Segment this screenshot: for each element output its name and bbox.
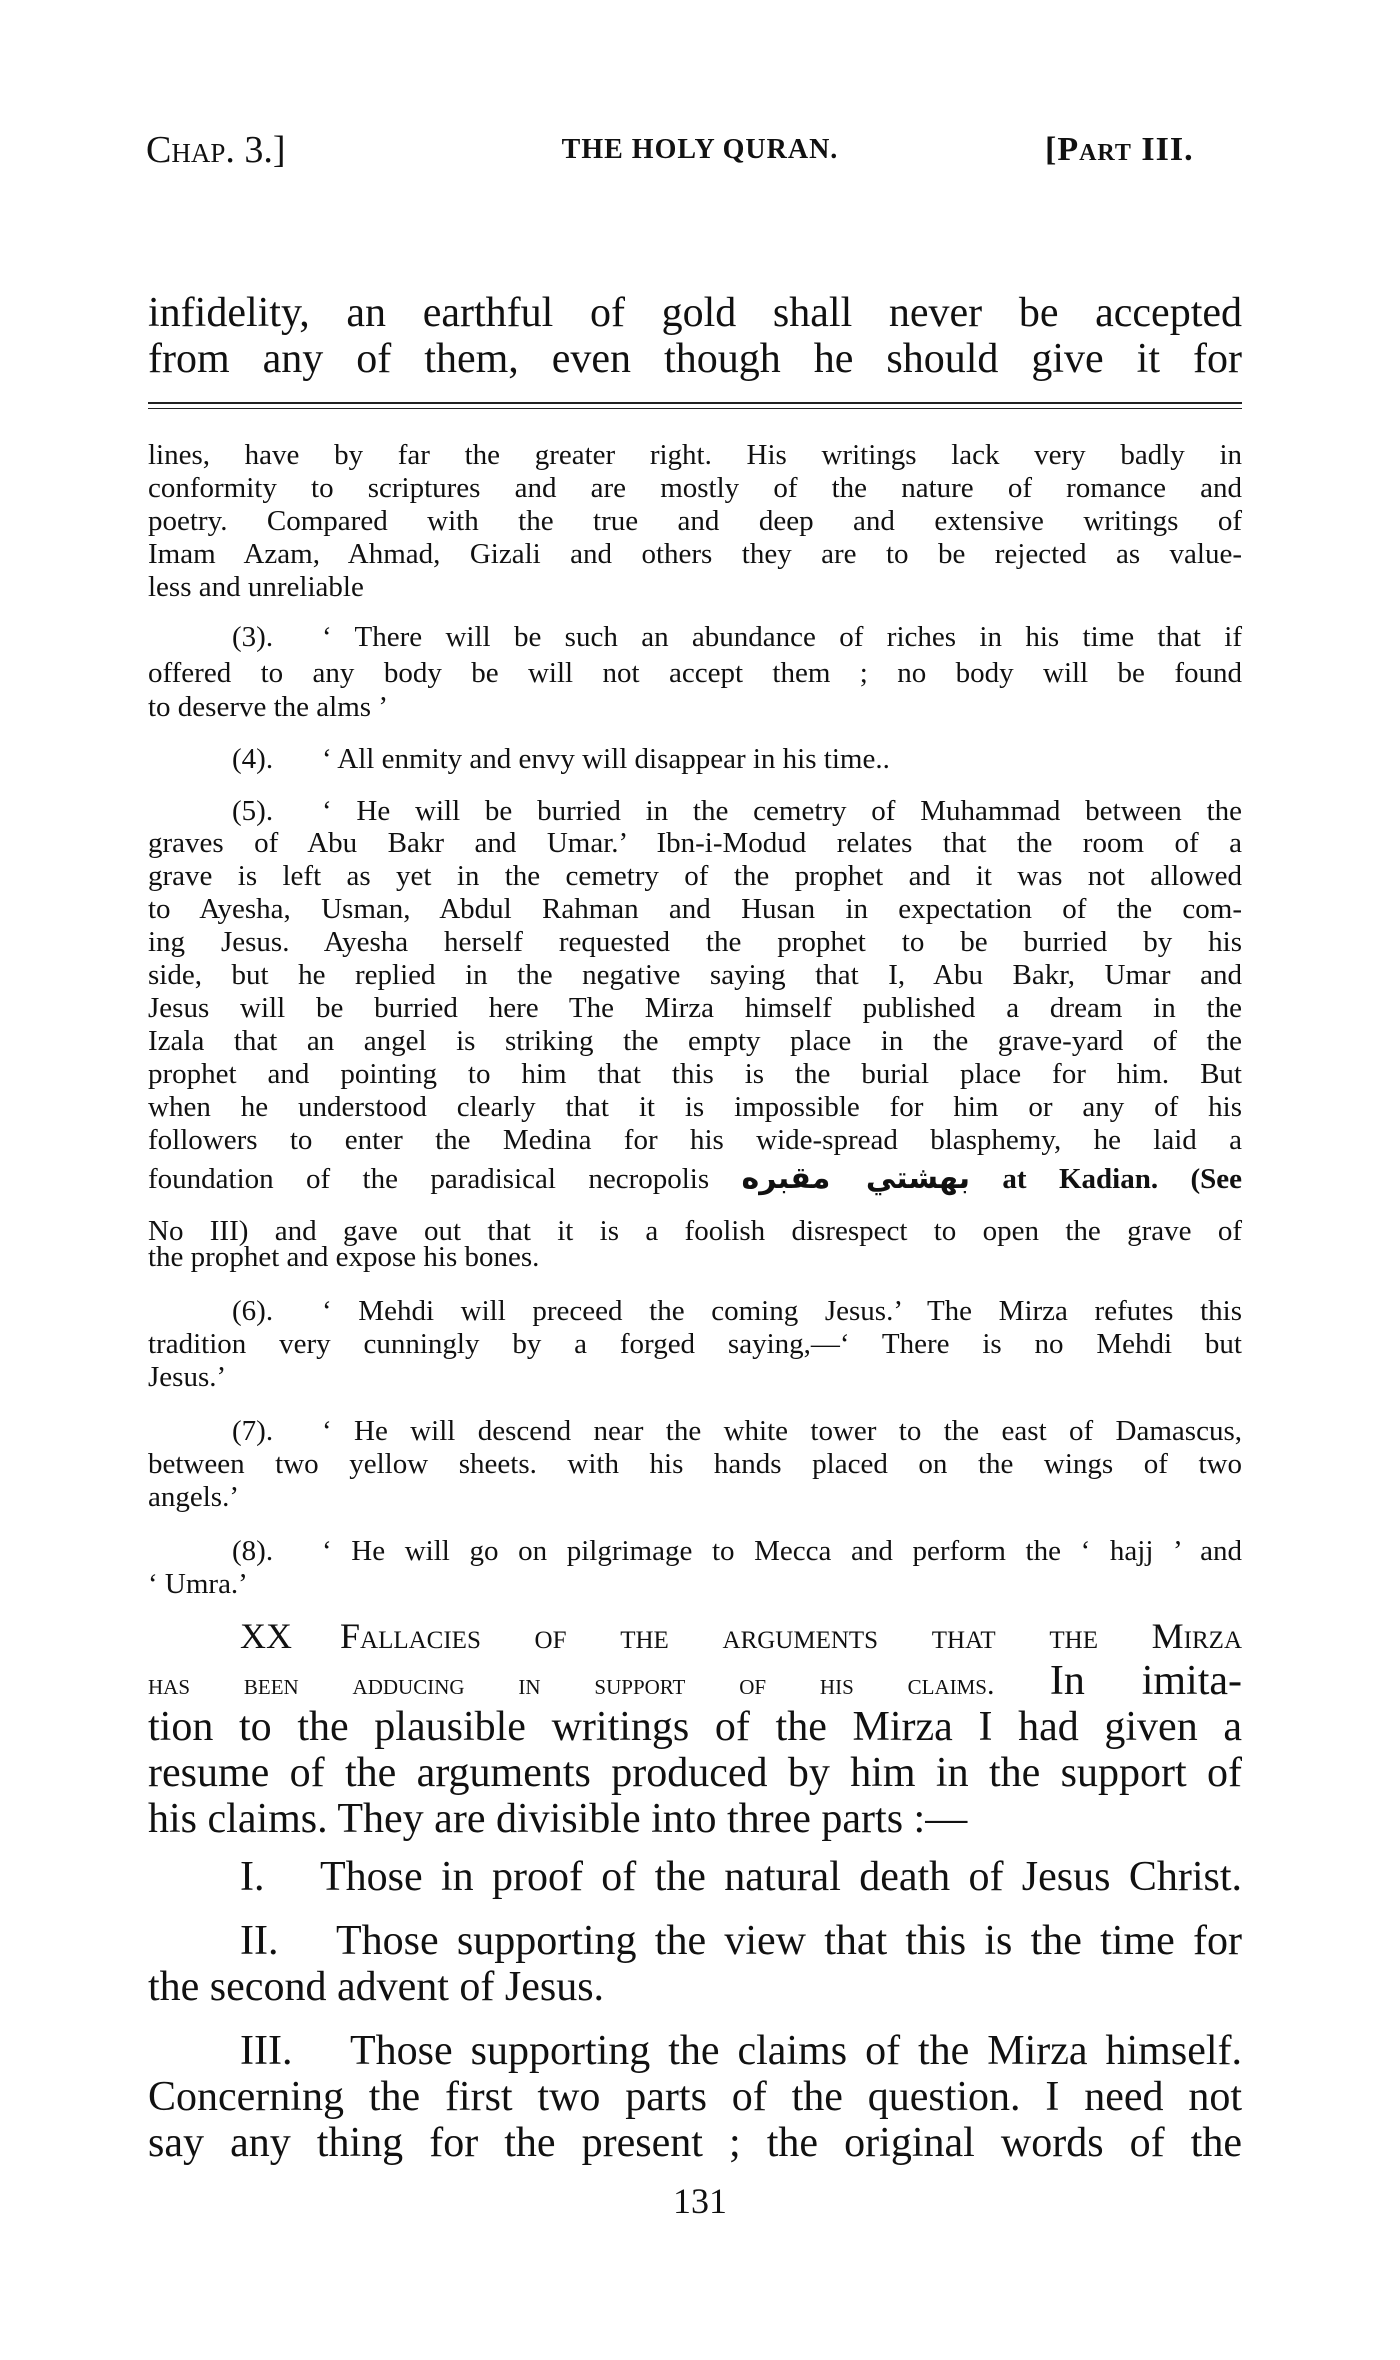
item-number: (3).: [232, 620, 322, 654]
part-ii: II.Those supporting the view that this i…: [240, 1918, 1242, 1964]
footnote-rule-secondary: [148, 408, 1242, 409]
section-body-line: resume of the arguments produced by him …: [148, 1750, 1242, 1796]
item-number: (5).: [232, 794, 322, 828]
arabic-term: بهشتي مقبره: [742, 1161, 971, 1196]
footnote-line: conformity to scriptures and are mostly …: [148, 471, 1242, 505]
footnote-line: tradition very cunningly by a forged say…: [148, 1327, 1242, 1361]
footnote-line: grave is left as yet in the cemetry of t…: [148, 859, 1242, 893]
footnote-line: ‘ Umra.’: [148, 1567, 1242, 1601]
main-text-line: from any of them, even though he should …: [148, 336, 1242, 382]
item-number: (7).: [232, 1414, 322, 1448]
book-page: Chap. 3.] THE HOLY QURAN. [Part III. inf…: [0, 0, 1400, 2360]
part-line: say any thing for the present ; the orig…: [148, 2120, 1242, 2166]
section-heading: XXFallacies of the arguments that the Mi…: [240, 1614, 1242, 1658]
part-numeral: I.: [240, 1854, 320, 1900]
footnote-line: followers to enter the Medina for his wi…: [148, 1123, 1242, 1157]
item-number: (8).: [232, 1534, 322, 1568]
footnote-item-4: (4).‘ All enmity and envy will disappear…: [232, 742, 1242, 776]
part-iii: III.Those supporting the claims of the M…: [240, 2028, 1242, 2074]
running-title: THE HOLY QURAN.: [500, 128, 900, 172]
footnote-line: when he understood clearly that it is im…: [148, 1090, 1242, 1124]
part-line: Concerning the first two parts of the qu…: [148, 2074, 1242, 2120]
footnote-line: Jesus.’: [148, 1360, 1242, 1394]
footnote-line: prophet and pointing to him that this is…: [148, 1057, 1242, 1091]
section-body-line: tion to the plausible writings of the Mi…: [148, 1704, 1242, 1750]
page-number: 131: [640, 2180, 760, 2222]
footnote-line: offered to any body be will not accept t…: [148, 656, 1242, 690]
section-heading-line2: has been adducing in support of his clai…: [148, 1658, 1242, 1702]
footnote-line: Imam Azam, Ahmad, Gizali and others they…: [148, 537, 1242, 571]
footnote-line: graves of Abu Bakr and Umar.’ Ibn-i-Modu…: [148, 826, 1242, 860]
footnote-item-5: (5).‘ He will be burried in the cemetry …: [232, 794, 1242, 828]
section-number: XX: [240, 1614, 340, 1658]
footnote-line: to Ayesha, Usman, Abdul Rahman and Husan…: [148, 892, 1242, 926]
part-numeral: II.: [240, 1918, 336, 1964]
footnote-rule: [148, 402, 1242, 404]
footnote-line: poetry. Compared with the true and deep …: [148, 504, 1242, 538]
item-number: (4).: [232, 742, 322, 776]
footnote-line-arabic: foundation of the paradisical necropolis…: [148, 1162, 1242, 1196]
footnote-line: Izala that an angel is striking the empt…: [148, 1024, 1242, 1058]
part-numeral: III.: [240, 2028, 350, 2074]
footnote-item-7: (7).‘ He will descend near the white tow…: [232, 1414, 1242, 1448]
item-number: (6).: [232, 1294, 322, 1328]
chapter-label: Chap. 3.]: [146, 128, 286, 172]
footnote-line: angels.’: [148, 1480, 1242, 1514]
footnote-line: Jesus will be burried here The Mirza him…: [148, 991, 1242, 1025]
footnote-line: between two yellow sheets. with his hand…: [148, 1447, 1242, 1481]
footnote-line: side, but he replied in the negative say…: [148, 958, 1242, 992]
main-text-line: infidelity, an earthful of gold shall ne…: [148, 290, 1242, 336]
footnote-item-8: (8).‘ He will go on pilgrimage to Mecca …: [232, 1534, 1242, 1568]
section-body-line: his claims. They are divisible into thre…: [148, 1796, 1242, 1842]
footnote-item-6: (6).‘ Mehdi will preceed the coming Jesu…: [232, 1294, 1242, 1328]
footnote-line: lines, have by far the greater right. Hi…: [148, 438, 1242, 472]
footnote-item-3: (3).‘ There will be such an abundance of…: [232, 620, 1242, 654]
footnote-line: to deserve the alms ’: [148, 690, 1242, 724]
part-line: the second advent of Jesus.: [148, 1964, 1242, 2010]
footnote-line: less and unreliable: [148, 570, 1242, 604]
part-i: I.Those in proof of the natural death of…: [240, 1854, 1242, 1900]
footnote-line: the prophet and expose his bones.: [148, 1240, 1242, 1274]
footnote-line: ing Jesus. Ayesha herself requested the …: [148, 925, 1242, 959]
part-label: [Part III.: [1045, 128, 1194, 172]
